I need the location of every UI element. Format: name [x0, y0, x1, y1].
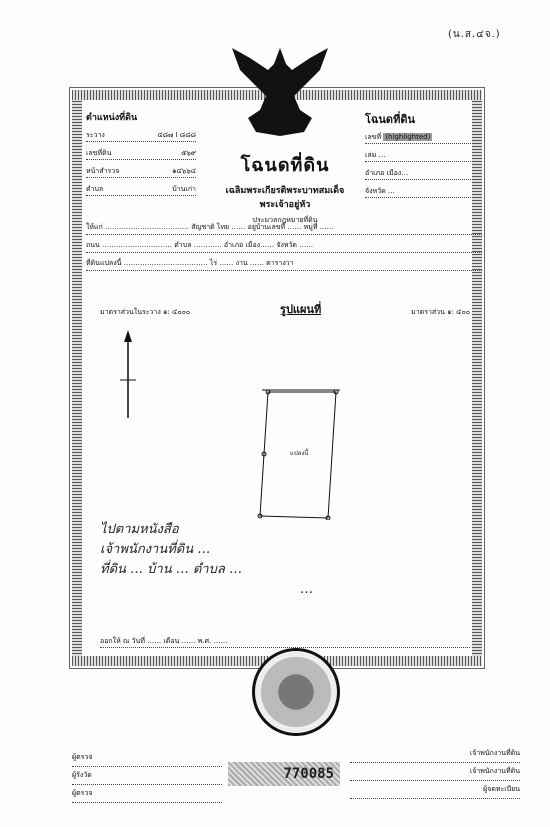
- field-label: เลขที่ดิน: [86, 148, 111, 159]
- field-subdistrict: ตำบล บ้านเก่า: [86, 184, 196, 196]
- field-value: ๔๘๗ I ๘๘๘: [157, 130, 196, 141]
- sheet-scale: มาตราส่วนในระวาง ๑: ๔๐๐๐: [100, 307, 190, 318]
- field-label: อำเภอ: [365, 169, 384, 177]
- field-value: ๕๖๙: [181, 148, 196, 159]
- document-subtitle: เฉลิมพระเกียรติพระบาทสมเด็จพระเจ้าอยู่หั…: [210, 183, 360, 211]
- deed-info-block: โฉนดที่ดิน เลขที่ (highlighted) เล่ม … อ…: [365, 110, 475, 204]
- deed-info-heading: โฉนดที่ดิน: [365, 110, 475, 128]
- signature-line: ผู้รังวัด: [72, 770, 222, 785]
- issue-date-text: ออกให้ ณ วันที่ …… เดือน …… พ.ศ. ……: [100, 636, 228, 647]
- parcel-location-heading: ตำแหน่งที่ดิน: [86, 110, 196, 124]
- field-value: ๑๔๖๖๔: [172, 166, 196, 177]
- signature-line: ผู้ตรวจ: [72, 752, 222, 767]
- scale-row: มาตราส่วนในระวาง ๑: ๔๐๐๐ รูปแผนที่ มาตรา…: [100, 300, 470, 318]
- field-value: …: [388, 187, 395, 195]
- signature-line: ผู้ตรวจ: [72, 788, 222, 803]
- document-title-block: โฉนดที่ดิน เฉลิมพระเกียรติพระบาทสมเด็จพร…: [210, 150, 360, 226]
- field-value: บ้านเก่า: [172, 184, 196, 195]
- field-label: เลขที่: [365, 133, 381, 141]
- signature-line: เจ้าพนักงานที่ดิน: [350, 748, 520, 763]
- signature-line: เจ้าพนักงานที่ดิน: [350, 766, 520, 781]
- map-title: รูปแผนที่: [280, 300, 321, 318]
- parcel-label: แปลงนี้: [290, 447, 309, 457]
- field-value: เมือง…: [387, 169, 409, 177]
- left-signatures: ผู้ตรวจ ผู้รังวัด ผู้ตรวจ: [72, 752, 222, 806]
- handwritten-line: …: [100, 580, 490, 600]
- field-parcel-no: เลขที่ดิน ๕๖๙: [86, 148, 196, 160]
- field-value: …: [379, 151, 386, 159]
- field-value: (highlighted): [383, 133, 432, 141]
- field-label: เล่ม: [365, 151, 376, 159]
- area-line: ที่ดินแปลงนี้ ……………………………… ไร่ …… งาน ………: [86, 258, 482, 271]
- issue-date-row: ออกให้ ณ วันที่ …… เดือน …… พ.ศ. ……: [100, 636, 470, 648]
- field-province: จังหวัด …: [365, 186, 475, 198]
- serial-number: 770085: [228, 762, 340, 786]
- north-arrow-icon: [118, 330, 138, 420]
- document-title: โฉนดที่ดิน: [210, 150, 360, 179]
- address-line: ถนน ………………………… ตำบล ………… อำเภอ เมือง…… จ…: [86, 240, 482, 253]
- handwritten-notes: ไปตามหนังสือ เจ้าพนักงานที่ดิน … ที่ดิน …: [100, 520, 490, 600]
- official-seal-icon: [252, 648, 340, 736]
- handwritten-line: ที่ดิน … บ้าน … ตำบล …: [100, 560, 490, 580]
- signature-line: ผู้จดทะเบียน: [350, 784, 520, 799]
- right-signatures: เจ้าพนักงานที่ดิน เจ้าพนักงานที่ดิน ผู้จ…: [350, 748, 520, 802]
- map-scale: มาตราส่วน ๑: ๔๐๐: [411, 307, 470, 318]
- deed-body: ให้แก่ ……………………………… สัญชาติ ไทย …… อยู่บ…: [86, 222, 482, 276]
- parcel-location-block: ตำแหน่งที่ดิน ระวาง ๔๘๗ I ๘๘๘ เลขที่ดิน …: [86, 110, 196, 202]
- field-deed-number: เลขที่ (highlighted): [365, 132, 475, 144]
- field-label: จังหวัด: [365, 187, 386, 195]
- garuda-emblem-icon: [220, 40, 340, 140]
- handwritten-line: ไปตามหนังสือ: [100, 520, 490, 540]
- field-label: ระวาง: [86, 130, 105, 141]
- document-page: (น.ส.๔จ.) ตำแหน่งที่ดิน ระวาง ๔๘๗ I ๘๘๘ …: [0, 0, 550, 827]
- parcel-diagram: แปลงนี้: [240, 380, 370, 520]
- form-code: (น.ส.๔จ.): [448, 27, 501, 42]
- owner-line: ให้แก่ ……………………………… สัญชาติ ไทย …… อยู่บ…: [86, 222, 482, 235]
- field-label: หน้าสำรวจ: [86, 166, 119, 177]
- field-volume: เล่ม …: [365, 150, 475, 162]
- field-sheet: ระวาง ๔๘๗ I ๘๘๘: [86, 130, 196, 142]
- field-survey-page: หน้าสำรวจ ๑๔๖๖๔: [86, 166, 196, 178]
- field-district: อำเภอ เมือง…: [365, 168, 475, 180]
- handwritten-line: เจ้าพนักงานที่ดิน …: [100, 540, 490, 560]
- field-label: ตำบล: [86, 184, 103, 195]
